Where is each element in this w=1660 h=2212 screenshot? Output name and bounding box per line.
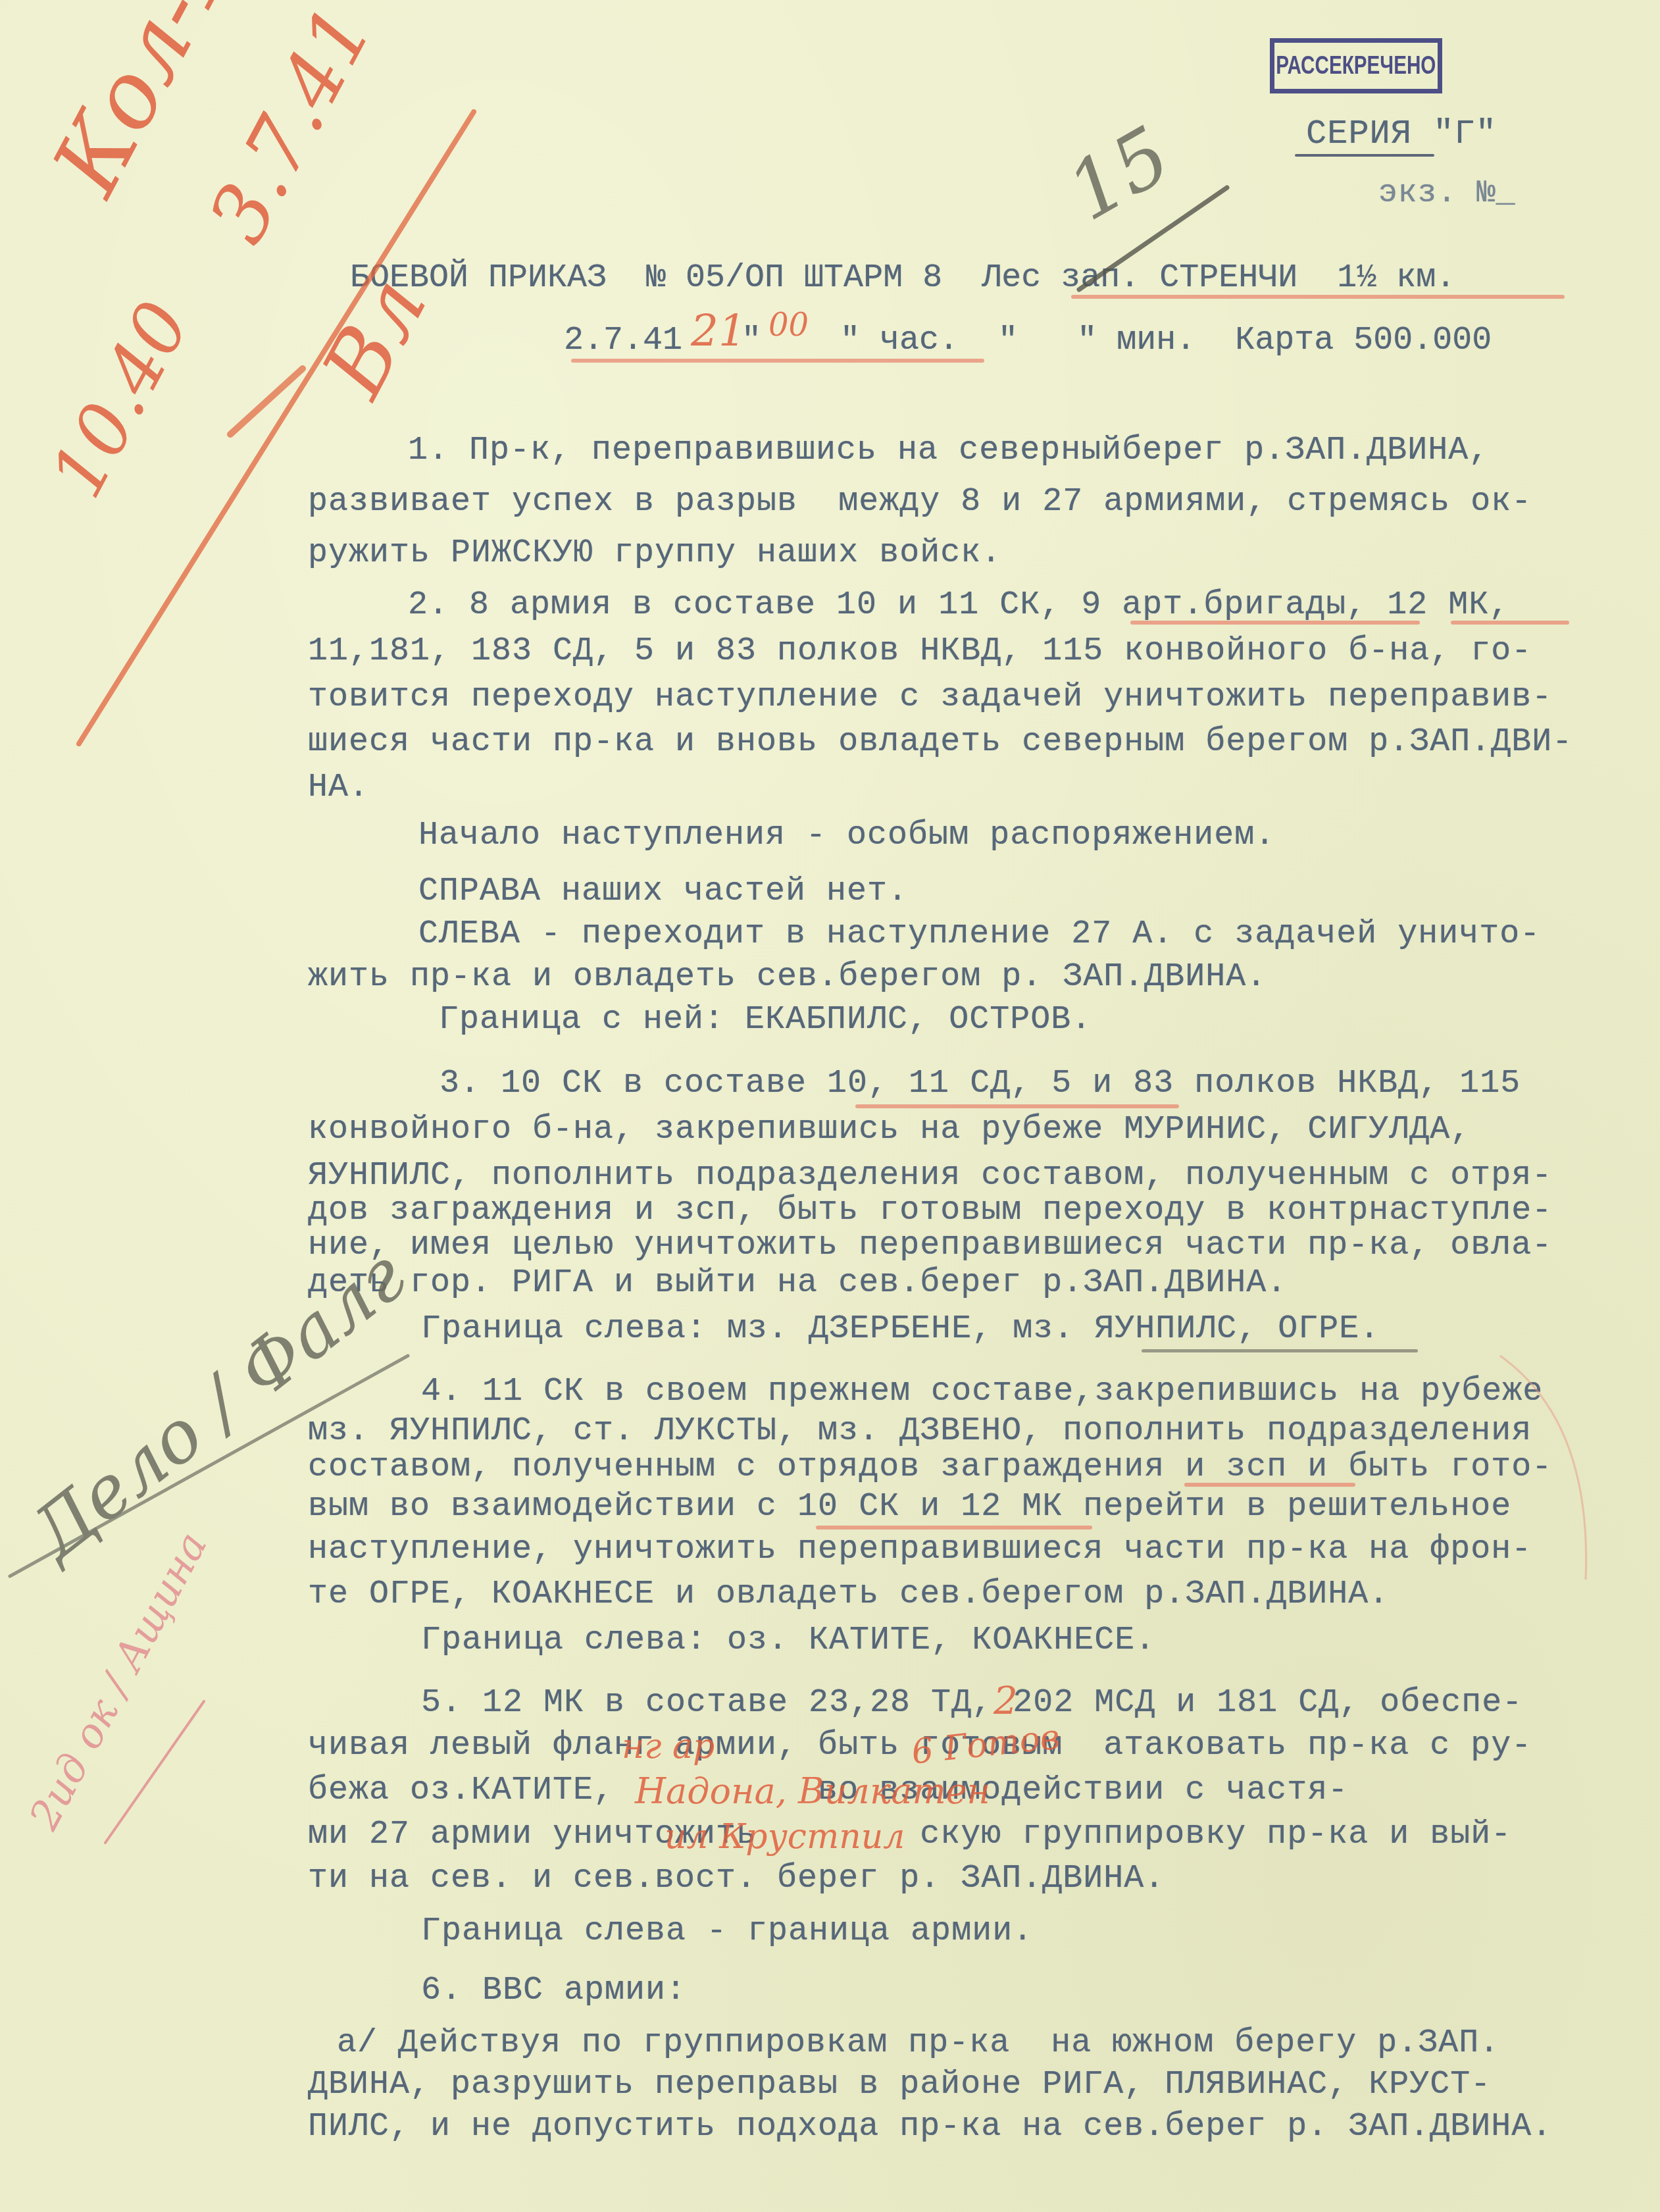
p2-line-2: 11,181, 183 СД, 5 и 83 полков НКВД, 115 …: [308, 635, 1532, 668]
p3-underline-divisions: [855, 1104, 1179, 1108]
p4-line-4: вым во взаимодействии с 10 СК и 12 МК пе…: [308, 1491, 1511, 1524]
p2-left-line-2: жить пр-ка и овладеть сев.берегом р. ЗАП…: [308, 961, 1267, 994]
p5-boundary: Граница слева - граница армии.: [421, 1915, 1033, 1948]
p5-handwritten-insert-4: ил Крустпил: [665, 1820, 905, 1854]
stamp-text: РАССЕКРЕЧЕНО: [1276, 52, 1436, 80]
p2-right-line: СПРАВА наших частей нет.: [418, 875, 908, 908]
p2-boundary: Граница с ней: ЕКАБПИЛС, ОСТРОВ.: [418, 1004, 1092, 1037]
p2-start-note: Начало наступления - особым распоряжение…: [418, 819, 1275, 852]
p5-handwritten-insert-3: Надона, Вилкатен: [635, 1774, 990, 1809]
p4-line-5: наступление, уничтожить переправившиеся …: [308, 1533, 1532, 1566]
p3-line-6: деть гор. РИГА и выйти на сев.берег р.ЗА…: [308, 1267, 1287, 1300]
series-underline: [1295, 154, 1434, 157]
series-label: СЕРИЯ "Г": [1306, 117, 1497, 151]
p3-line-4: дов заграждения и зсп, быть готовым пере…: [308, 1195, 1552, 1227]
p3-boundary: Граница слева: мз. ДЗЕРБЕНЕ, мз. ЯУНПИЛС…: [421, 1313, 1380, 1346]
title-underline: [1071, 295, 1565, 299]
p2-left-line-1: СЛЕВА - переходит в наступление 27 А. с …: [418, 918, 1540, 951]
p4-underline-zsp: [1184, 1483, 1355, 1487]
p1-line-3: ружить РИЖСКУЮ группу наших войск.: [308, 537, 1001, 570]
p1-line-1: 1. Пр-к, переправившись на северныйберег…: [408, 434, 1489, 467]
p5-corrected-digit: 2: [993, 1682, 1018, 1720]
p5-line-4: ми 27 армии уничтожить скую группировку …: [308, 1818, 1511, 1851]
p2-line-5: НА.: [308, 771, 369, 804]
p4-line-1: 4. 11 СК в своем прежнем составе,закрепи…: [421, 1376, 1543, 1408]
handwritten-hour: 21: [691, 309, 746, 353]
p3-line-2: конвойного б-на, закрепившись на рубеже …: [308, 1114, 1471, 1146]
p2-line-4: шиеся части пр-ка и вновь овладеть север…: [308, 726, 1572, 759]
p4-boundary: Граница слева: оз. КАТИТЕ, КОАКНЕСЕ.: [421, 1624, 1155, 1657]
p6-heading: 6. ВВС армии:: [421, 1974, 686, 2007]
p3-line-3: ЯУНПИЛС, пополнить подразделения составо…: [308, 1160, 1552, 1193]
p4-underline-units: [816, 1526, 1092, 1530]
p4-line-2: мз. ЯУНПИЛС, ст. ЛУКСТЫ, мз. ДЗВЕНО, поп…: [308, 1415, 1532, 1448]
p1-line-2: развивает успех в разрыв между 8 и 27 ар…: [308, 486, 1532, 519]
p5-handwritten-insert-1: нг ар: [622, 1730, 715, 1764]
p2-underline-12mk: [1451, 621, 1569, 625]
p4-line-3: составом, полученным с отрядов загражден…: [308, 1451, 1552, 1484]
p3-pencil-underline: [1142, 1349, 1418, 1352]
handwritten-minute: 00: [768, 309, 809, 341]
p2-underline-artbrig: [1130, 621, 1420, 625]
p3-line-5: ние, имея целью уничтожить переправившие…: [308, 1229, 1552, 1262]
p5-line-5: ти на сев. и сев.вост. берег р. ЗАП.ДВИН…: [308, 1863, 1165, 1895]
p3-line-1: 3. 10 СК в составе 10, 11 СД, 5 и 83 пол…: [440, 1067, 1521, 1100]
p4-line-6: те ОГРЕ, КОАКНЕСЕ и овладеть сев.берегом…: [308, 1578, 1389, 1611]
declassified-stamp: РАССЕКРЕЧЕНО: [1270, 38, 1442, 93]
p6a-line-1: а/ Действуя по группировкам пр-ка на южн…: [337, 2027, 1499, 2060]
p6a-line-3: ПИЛС, и не допустить подхода пр-ка на се…: [308, 2111, 1552, 2144]
p2-line-3: товится переходу наступление с задачей у…: [308, 681, 1552, 714]
p2-line-1: 2. 8 армия в составе 10 и 11 СК, 9 арт.б…: [408, 589, 1509, 622]
p6a-line-2: ДВИНА, разрушить переправы в районе РИГА…: [308, 2069, 1491, 2101]
p5-line-1: 5. 12 МК в составе 23,28 ТД, 202 МСД и 1…: [421, 1687, 1522, 1720]
copy-number: экз. №_: [1378, 178, 1516, 209]
order-title: БОЕВОЙ ПРИКАЗ № 05/ОП ШТАРМ 8 Лес зап. С…: [350, 262, 1455, 295]
date-underline: [571, 359, 984, 363]
